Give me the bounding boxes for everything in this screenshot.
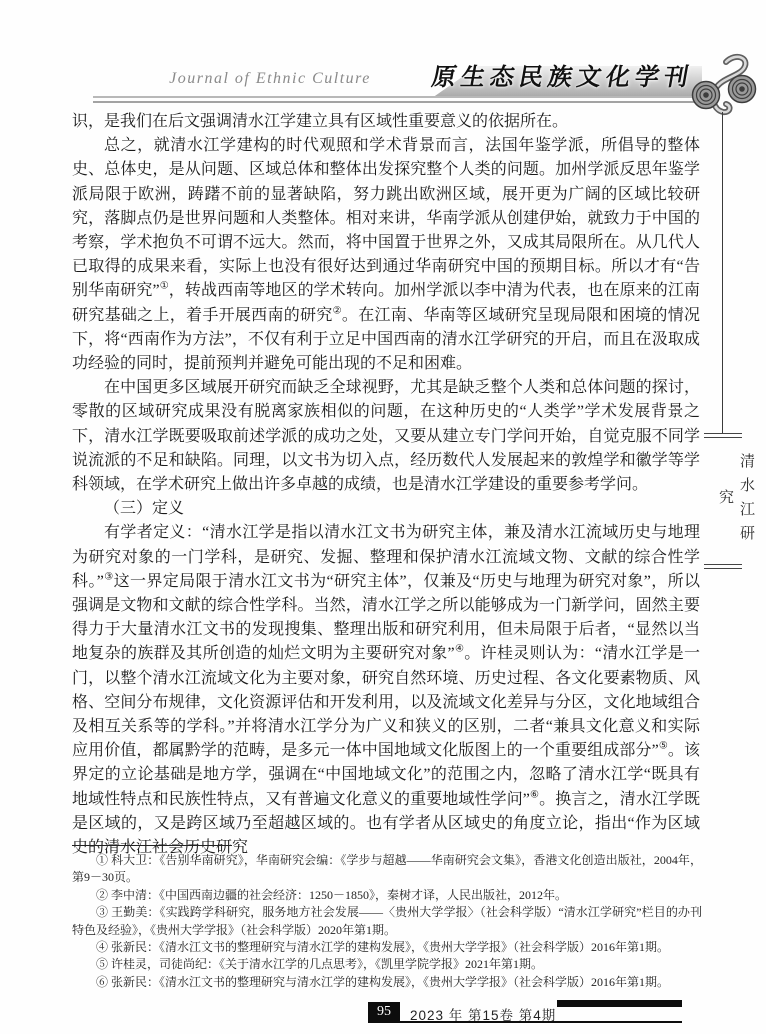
footer-underline [368, 1021, 682, 1023]
paragraph-continuation: 识，是我们在后文强调清水江学建立具有区域性重要意义的依据所在。 [72, 110, 700, 134]
journal-english-title: Journal of Ethnic Culture [138, 70, 402, 88]
footnotes: ① 科大卫：《告别华南研究》，华南研究会编：《学步与超越——华南研究会文集》，香… [72, 852, 702, 991]
footnote: ① 科大卫：《告别华南研究》，华南研究会编：《学步与超越——华南研究会文集》，香… [72, 852, 702, 887]
double-spiral-ornament-icon [686, 52, 762, 118]
journal-chinese-title: 原生态民族文化学刊 [417, 61, 708, 95]
footnote: ② 李中清：《中国西南边疆的社会经济：1250－1850》，秦树才译，人民出版社… [72, 887, 702, 904]
journal-page: Journal of Ethnic Culture 原生态民族文化学刊 清水江研… [0, 0, 766, 1034]
paragraph: 在中国更多区域展开研究而缺乏全球视野，尤其是缺乏整个人类和总体问题的探讨，零散的… [72, 376, 700, 497]
paragraph: 总之，就清水江学建构的时代观照和学术背景而言，法国年鉴学派，所倡导的整体史、总体… [72, 134, 700, 376]
paragraph: 有学者定义：“清水江学是指以清水江文书为研究主体，兼及清水江流域历史与地理为研究… [72, 521, 700, 860]
footnote: ⑤ 许桂灵，司徒尚纪：《关于清水江学的几点思考》，《凯里学院学报》2021年第1… [72, 956, 702, 973]
column-label-box: 清水江研究 [704, 433, 742, 569]
page-number-badge: 95 [368, 1002, 400, 1021]
column-label-bottom-rule [704, 564, 742, 569]
footer-black-bar [557, 1000, 682, 1007]
column-label-top-rule [704, 433, 742, 438]
footnote-separator [72, 845, 232, 846]
footnote: ④ 张新民：《清水江文书的整理研究与清水江学的建构发展》，《贵州大学学报》（社会… [72, 939, 702, 956]
column-label-text: 清水江研究 [715, 446, 757, 556]
header-divider [93, 96, 700, 103]
section-heading: （三）定义 [72, 497, 700, 521]
footnote: ⑥ 张新民：《清水江文书的整理研究与清水江学的建构发展》，《贵州大学学报》（社会… [72, 974, 702, 991]
margin-vertical-line [722, 112, 723, 434]
footnote: ③ 王勤美：《实践跨学科研究，服务地方社会发展——〈贵州大学学报〉（社会科学版）… [72, 904, 702, 939]
article-body: 识，是我们在后文强调清水江学建立具有区域性重要意义的依据所在。 总之，就清水江学… [72, 110, 700, 860]
